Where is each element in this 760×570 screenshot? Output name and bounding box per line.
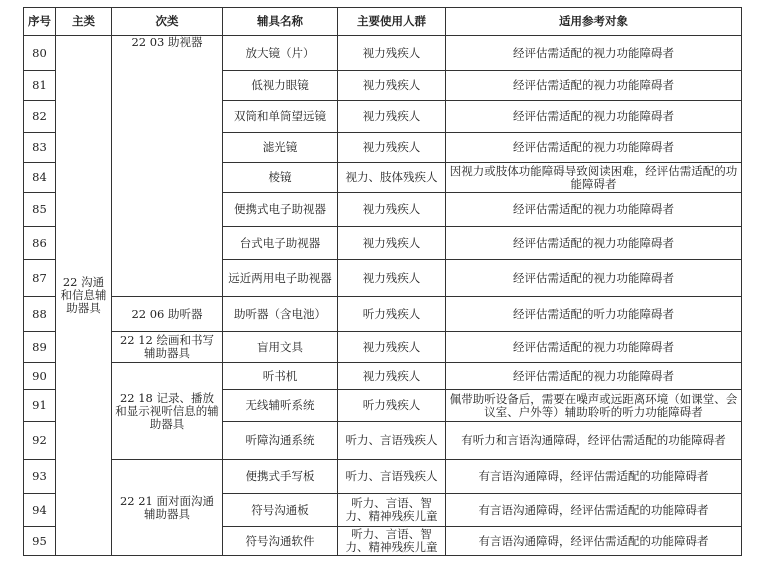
user-group: 视力残疾人 — [338, 363, 446, 390]
table-row: 93 22 21 面对面沟通辅助器具 便携式手写板 听力、言语残疾人 有言语沟通… — [24, 460, 742, 494]
user-group: 听力残疾人 — [338, 297, 446, 332]
header-device-name: 辅具名称 — [223, 8, 338, 36]
table-row: 90 22 18 记录、播放和显示视听信息的辅助器具 听书机 视力残疾人 经评估… — [24, 363, 742, 390]
row-number: 84 — [24, 163, 56, 193]
reference: 经评估需适配的视力功能障碍者 — [446, 332, 742, 363]
user-group: 听力残疾人 — [338, 390, 446, 422]
row-number: 86 — [24, 227, 56, 260]
header-no: 序号 — [24, 8, 56, 36]
device-name: 无线辅听系统 — [223, 390, 338, 422]
header-main-category: 主类 — [56, 8, 112, 36]
reference: 因视力或肢体功能障碍导致阅读困难，经评估需适配的功能障碍者 — [446, 163, 742, 193]
user-group: 视力残疾人 — [338, 332, 446, 363]
device-name: 助听器（含电池） — [223, 297, 338, 332]
device-name: 盲用文具 — [223, 332, 338, 363]
user-group: 视力残疾人 — [338, 101, 446, 133]
device-name: 远近两用电子助视器 — [223, 260, 338, 297]
reference: 经评估需适配的视力功能障碍者 — [446, 101, 742, 133]
device-name: 听书机 — [223, 363, 338, 390]
user-group: 视力残疾人 — [338, 133, 446, 163]
row-number: 82 — [24, 101, 56, 133]
device-name: 便携式电子助视器 — [223, 193, 338, 227]
device-name: 低视力眼镜 — [223, 71, 338, 101]
reference: 有言语沟通障碍，经评估需适配的功能障碍者 — [446, 460, 742, 494]
row-number: 93 — [24, 460, 56, 494]
row-number: 95 — [24, 527, 56, 556]
reference: 经评估需适配的视力功能障碍者 — [446, 193, 742, 227]
user-group: 听力、言语、智力、精神残疾儿童 — [338, 527, 446, 556]
header-sub-category: 次类 — [112, 8, 223, 36]
user-group: 视力残疾人 — [338, 71, 446, 101]
reference: 有言语沟通障碍，经评估需适配的功能障碍者 — [446, 494, 742, 527]
row-number: 83 — [24, 133, 56, 163]
reference: 经评估需适配的视力功能障碍者 — [446, 227, 742, 260]
row-number: 89 — [24, 332, 56, 363]
device-name: 符号沟通软件 — [223, 527, 338, 556]
user-group: 视力残疾人 — [338, 193, 446, 227]
user-group: 视力残疾人 — [338, 260, 446, 297]
sub-category: 22 06 助听器 — [112, 297, 223, 332]
row-number: 90 — [24, 363, 56, 390]
reference: 有言语沟通障碍，经评估需适配的功能障碍者 — [446, 527, 742, 556]
device-name: 符号沟通板 — [223, 494, 338, 527]
table-row: 89 22 12 绘画和书写辅助器具 盲用文具 视力残疾人 经评估需适配的视力功… — [24, 332, 742, 363]
row-number: 87 — [24, 260, 56, 297]
device-name: 双筒和单筒望远镜 — [223, 101, 338, 133]
table-row: 88 22 06 助听器 助听器（含电池） 听力残疾人 经评估需适配的听力功能障… — [24, 297, 742, 332]
row-number: 81 — [24, 71, 56, 101]
table-row: 80 22 沟通和信息辅助器具 22 03 助视器 放大镜（片） 视力残疾人 经… — [24, 36, 742, 71]
reference: 经评估需适配的视力功能障碍者 — [446, 133, 742, 163]
row-number: 88 — [24, 297, 56, 332]
device-name: 放大镜（片） — [223, 36, 338, 71]
sub-category: 22 03 助视器 — [112, 36, 223, 297]
reference: 经评估需适配的视力功能障碍者 — [446, 71, 742, 101]
row-number: 85 — [24, 193, 56, 227]
user-group: 听力、言语、智力、精神残疾儿童 — [338, 494, 446, 527]
device-name: 便携式手写板 — [223, 460, 338, 494]
row-number: 80 — [24, 36, 56, 71]
sub-category: 22 12 绘画和书写辅助器具 — [112, 332, 223, 363]
user-group: 视力、肢体残疾人 — [338, 163, 446, 193]
sub-category: 22 18 记录、播放和显示视听信息的辅助器具 — [112, 363, 223, 460]
device-name: 棱镜 — [223, 163, 338, 193]
device-name: 听障沟通系统 — [223, 422, 338, 460]
reference: 经评估需适配的视力功能障碍者 — [446, 36, 742, 71]
header-user-group: 主要使用人群 — [338, 8, 446, 36]
sub-category: 22 21 面对面沟通辅助器具 — [112, 460, 223, 556]
device-name: 滤光镜 — [223, 133, 338, 163]
reference: 经评估需适配的听力功能障碍者 — [446, 297, 742, 332]
user-group: 听力、言语残疾人 — [338, 422, 446, 460]
user-group: 视力残疾人 — [338, 36, 446, 71]
header-reference: 适用参考对象 — [446, 8, 742, 36]
reference: 有听力和言语沟通障碍，经评估需适配的功能障碍者 — [446, 422, 742, 460]
assistive-devices-table: 序号 主类 次类 辅具名称 主要使用人群 适用参考对象 80 22 沟通和信息辅… — [23, 7, 742, 556]
user-group: 听力、言语残疾人 — [338, 460, 446, 494]
header-row: 序号 主类 次类 辅具名称 主要使用人群 适用参考对象 — [24, 8, 742, 36]
reference: 佩带助听设备后，需要在噪声或远距离环境（如课堂、会议室、户外等）辅助聆听的听力功… — [446, 390, 742, 422]
user-group: 视力残疾人 — [338, 227, 446, 260]
device-name: 台式电子助视器 — [223, 227, 338, 260]
reference: 经评估需适配的视力功能障碍者 — [446, 363, 742, 390]
row-number: 94 — [24, 494, 56, 527]
row-number: 91 — [24, 390, 56, 422]
reference: 经评估需适配的视力功能障碍者 — [446, 260, 742, 297]
row-number: 92 — [24, 422, 56, 460]
main-category: 22 沟通和信息辅助器具 — [56, 36, 112, 556]
